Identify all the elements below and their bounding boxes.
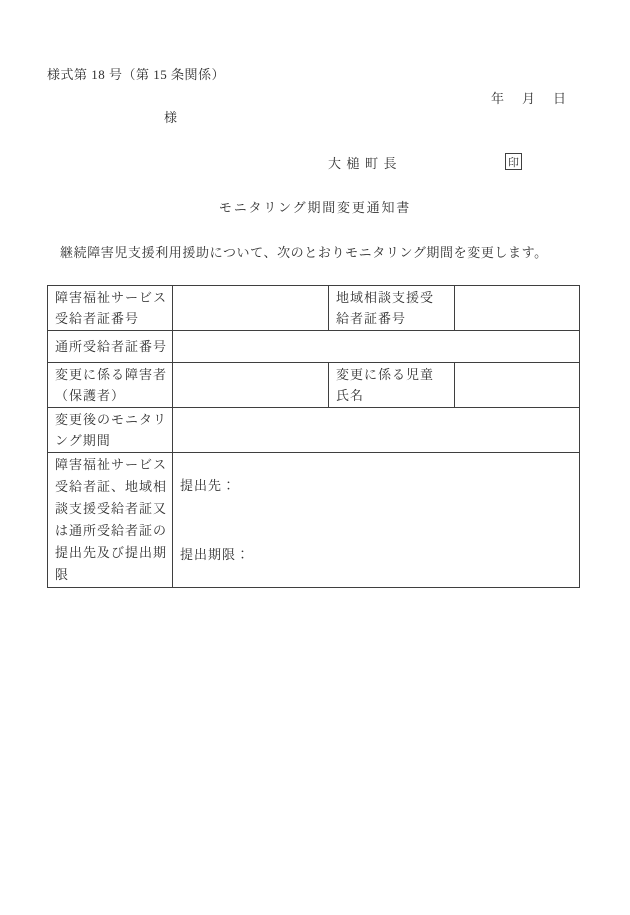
document-title: モニタリング期間変更通知書: [0, 200, 630, 216]
label-new-monitoring-period: 変更後のモニタリ ング期間: [48, 408, 173, 453]
label-commuting-cert-number: 通所受給者証番号: [48, 331, 173, 363]
label-disability-welfare-cert-number: 障害福祉サービス 受給者証番号: [48, 286, 173, 331]
value-commuting-cert-number: [173, 331, 580, 363]
label-person-with-disability: 変更に係る障害者 （保護者）: [48, 363, 173, 408]
seal-label: 印: [508, 154, 519, 170]
value-person-with-disability: [173, 363, 329, 408]
value-child-name: [455, 363, 580, 408]
label-child-name: 変更に係る児童 氏名: [329, 363, 455, 408]
table-row: 障害福祉サービス 受給者証番号 地域相談支援受 給者証番号: [48, 286, 580, 331]
value-new-monitoring-period: [173, 408, 580, 453]
document-page: 様式第 18 号（第 15 条関係） 年 月 日 様 大槌町長 印 モニタリング…: [0, 0, 630, 915]
date-line: 年 月 日: [491, 91, 569, 107]
form-number: 様式第 18 号（第 15 条関係）: [47, 67, 225, 83]
deadline-label: 提出期限：: [180, 544, 574, 565]
table-row: 変更後のモニタリ ング期間: [48, 408, 580, 453]
issuer-title: 大槌町長: [328, 156, 402, 172]
addressee-honorific: 様: [164, 110, 177, 126]
notification-table: 障害福祉サービス 受給者証番号 地域相談支援受 給者証番号 通所受給者証番号 変…: [47, 285, 580, 588]
seal-box: 印: [505, 153, 522, 170]
value-community-consultation-cert-number: [455, 286, 580, 331]
value-disability-welfare-cert-number: [173, 286, 329, 331]
label-cert-submission-destination-deadline: 障害福祉サービス 受給者証、地域相 談支援受給者証又 は通所受給者証の 提出先及…: [48, 453, 173, 588]
table-row: 変更に係る障害者 （保護者） 変更に係る児童 氏名: [48, 363, 580, 408]
table-row: 障害福祉サービス 受給者証、地域相 談支援受給者証又 は通所受給者証の 提出先及…: [48, 453, 580, 588]
value-cert-submission: 提出先： 提出期限：: [173, 453, 580, 588]
body-text: 継続障害児支援利用援助について、次のとおりモニタリング期間を変更します。: [60, 245, 548, 261]
label-community-consultation-cert-number: 地域相談支援受 給者証番号: [329, 286, 455, 331]
submit-to-label: 提出先：: [180, 475, 574, 496]
table-row: 通所受給者証番号: [48, 331, 580, 363]
